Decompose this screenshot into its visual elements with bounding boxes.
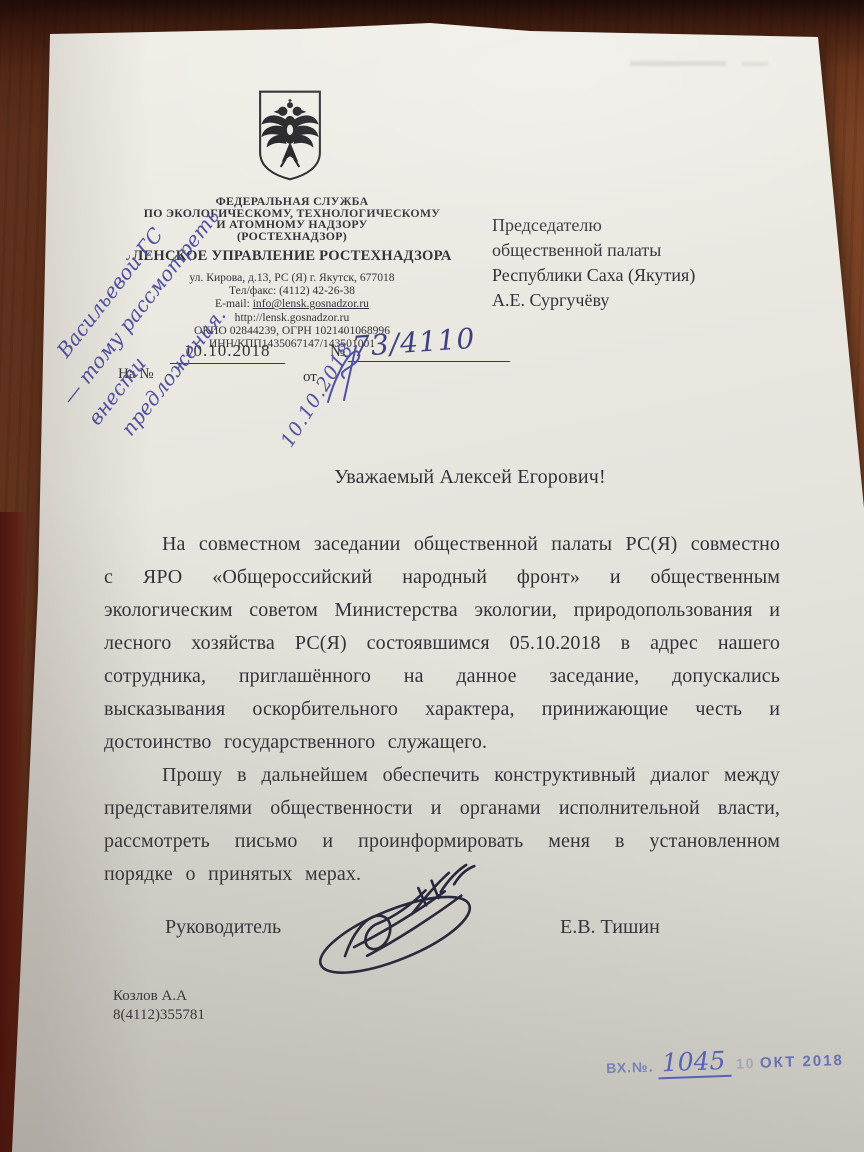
executor-name: Козлов А.А [113, 987, 205, 1006]
stamp-date-day: 10 [736, 1055, 756, 1072]
executor-block: Козлов А.А 8(4112)355781 [113, 987, 205, 1025]
letter-body: На совместном заседании общественной пал… [104, 528, 780, 891]
incoming-registration-stamp: ВХ.№. 1045 10 ОКТ 2018 [606, 1042, 845, 1079]
signer-name: Е.В. Тишин [560, 916, 660, 939]
faint-print-artifact [742, 62, 768, 66]
initials-squiggle-icon [318, 342, 378, 408]
stamp-date: ОКТ 2018 [760, 1052, 844, 1072]
faint-print-artifact [630, 61, 726, 66]
stamp-number-handwritten: 1045 [657, 1046, 732, 1080]
recipient-line: А.Е. Сургучёву [492, 288, 695, 313]
double-headed-eagle-icon [256, 88, 324, 184]
executor-phone: 8(4112)355781 [113, 1006, 205, 1025]
state-emblem [256, 88, 324, 184]
recipient-line: общественной палаты [492, 238, 695, 263]
handwritten-initials [318, 342, 378, 408]
paper-shadow: ФЕДЕРАЛЬНАЯ СЛУЖБА ПО ЭКОЛОГИЧЕСКОМУ, ТЕ… [0, 0, 864, 1152]
photographed-letter-scene: ФЕДЕРАЛЬНАЯ СЛУЖБА ПО ЭКОЛОГИЧЕСКОМУ, ТЕ… [0, 0, 864, 1152]
handwritten-signature [286, 851, 518, 998]
stamp-label: ВХ.№. [606, 1059, 654, 1077]
signer-title: Руководитель [165, 916, 281, 939]
recipient-line: Председателю [492, 213, 695, 238]
recipient-line: Республики Саха (Якутия) [492, 263, 695, 288]
body-paragraph: На совместном заседании общественной пал… [104, 528, 780, 759]
salutation: Уважаемый Алексей Егорович! [120, 466, 820, 489]
signature-flourish-icon [286, 851, 518, 998]
letter-document: ФЕДЕРАЛЬНАЯ СЛУЖБА ПО ЭКОЛОГИЧЕСКОМУ, ТЕ… [0, 0, 864, 1152]
recipient-block: Председателю общественной палаты Республ… [492, 213, 695, 313]
email-address: info@lensk.gosnadzor.ru [253, 297, 369, 310]
